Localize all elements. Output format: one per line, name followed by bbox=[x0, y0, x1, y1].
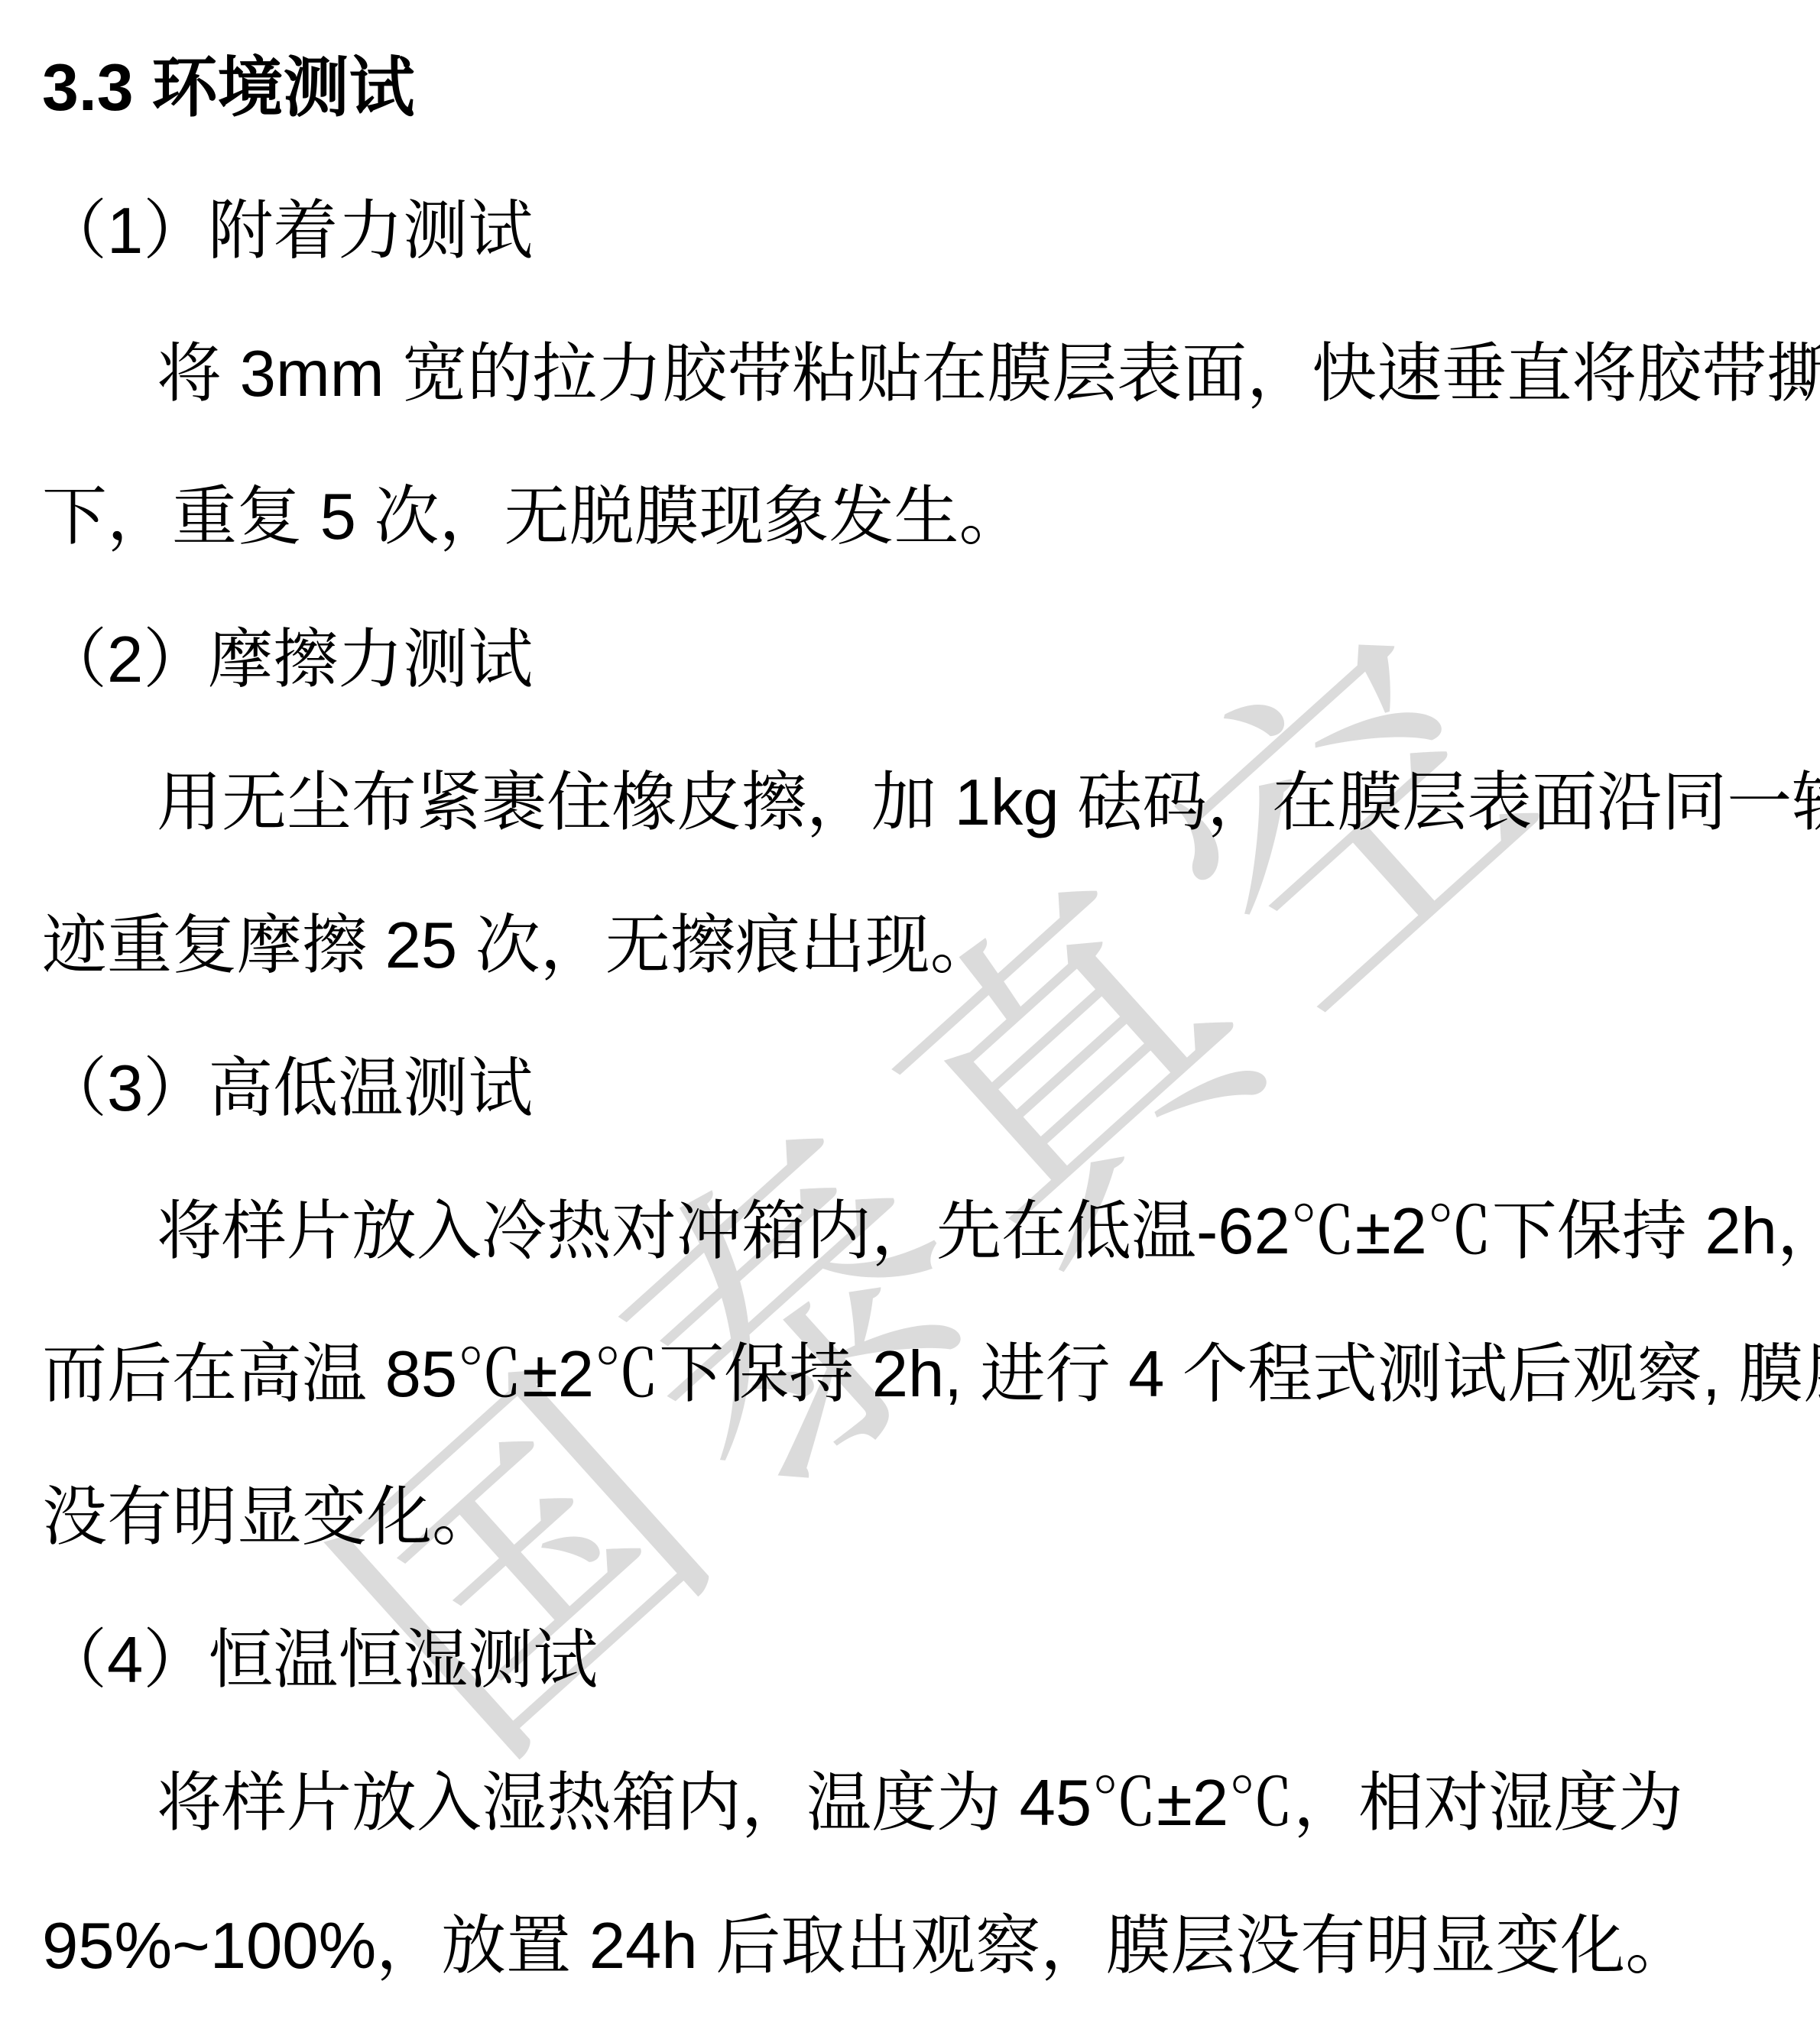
paragraph-2-line-2: 迹重复摩擦 25 次，无擦痕出现。 bbox=[42, 874, 1805, 1017]
paragraph-4-line-2: 95%~100%，放置 24h 后取出观察，膜层没有明显变化。 bbox=[42, 1875, 1805, 2018]
section-heading: 3.3 环境测试 bbox=[42, 17, 1805, 160]
item-4-heading: （4）恒温恒湿测试 bbox=[42, 1589, 1805, 1732]
paragraph-3-line-3: 没有明显变化。 bbox=[42, 1446, 1805, 1589]
item-3-heading: （3）高低温测试 bbox=[42, 1017, 1805, 1160]
item-2-heading: （2）摩擦力测试 bbox=[42, 588, 1805, 731]
document-page: 3.3 环境测试 （1）附着力测试 将 3mm 宽的拉力胶带粘贴在膜层表面，快速… bbox=[0, 0, 1820, 2018]
paragraph-1-line-2: 下，重复 5 次，无脱膜现象发生。 bbox=[42, 446, 1805, 588]
paragraph-2-line-1: 用无尘布紧裹住橡皮擦，加 1kg 砝码，在膜层表面沿同一轨 bbox=[42, 731, 1805, 874]
paragraph-1-line-1: 将 3mm 宽的拉力胶带粘贴在膜层表面，快速垂直将胶带撕 bbox=[42, 303, 1805, 446]
paragraph-3-line-2: 而后在高温 85℃±2℃下保持 2h, 进行 4 个程式测试后观察, 膜层 bbox=[42, 1303, 1805, 1446]
paragraph-4-line-1: 将样片放入湿热箱内，温度为 45℃±2℃，相对湿度为 bbox=[42, 1732, 1805, 1875]
paragraph-3-line-1: 将样片放入冷热对冲箱内，先在低温-62℃±2℃下保持 2h， bbox=[42, 1160, 1805, 1303]
item-1-heading: （1）附着力测试 bbox=[42, 160, 1805, 303]
